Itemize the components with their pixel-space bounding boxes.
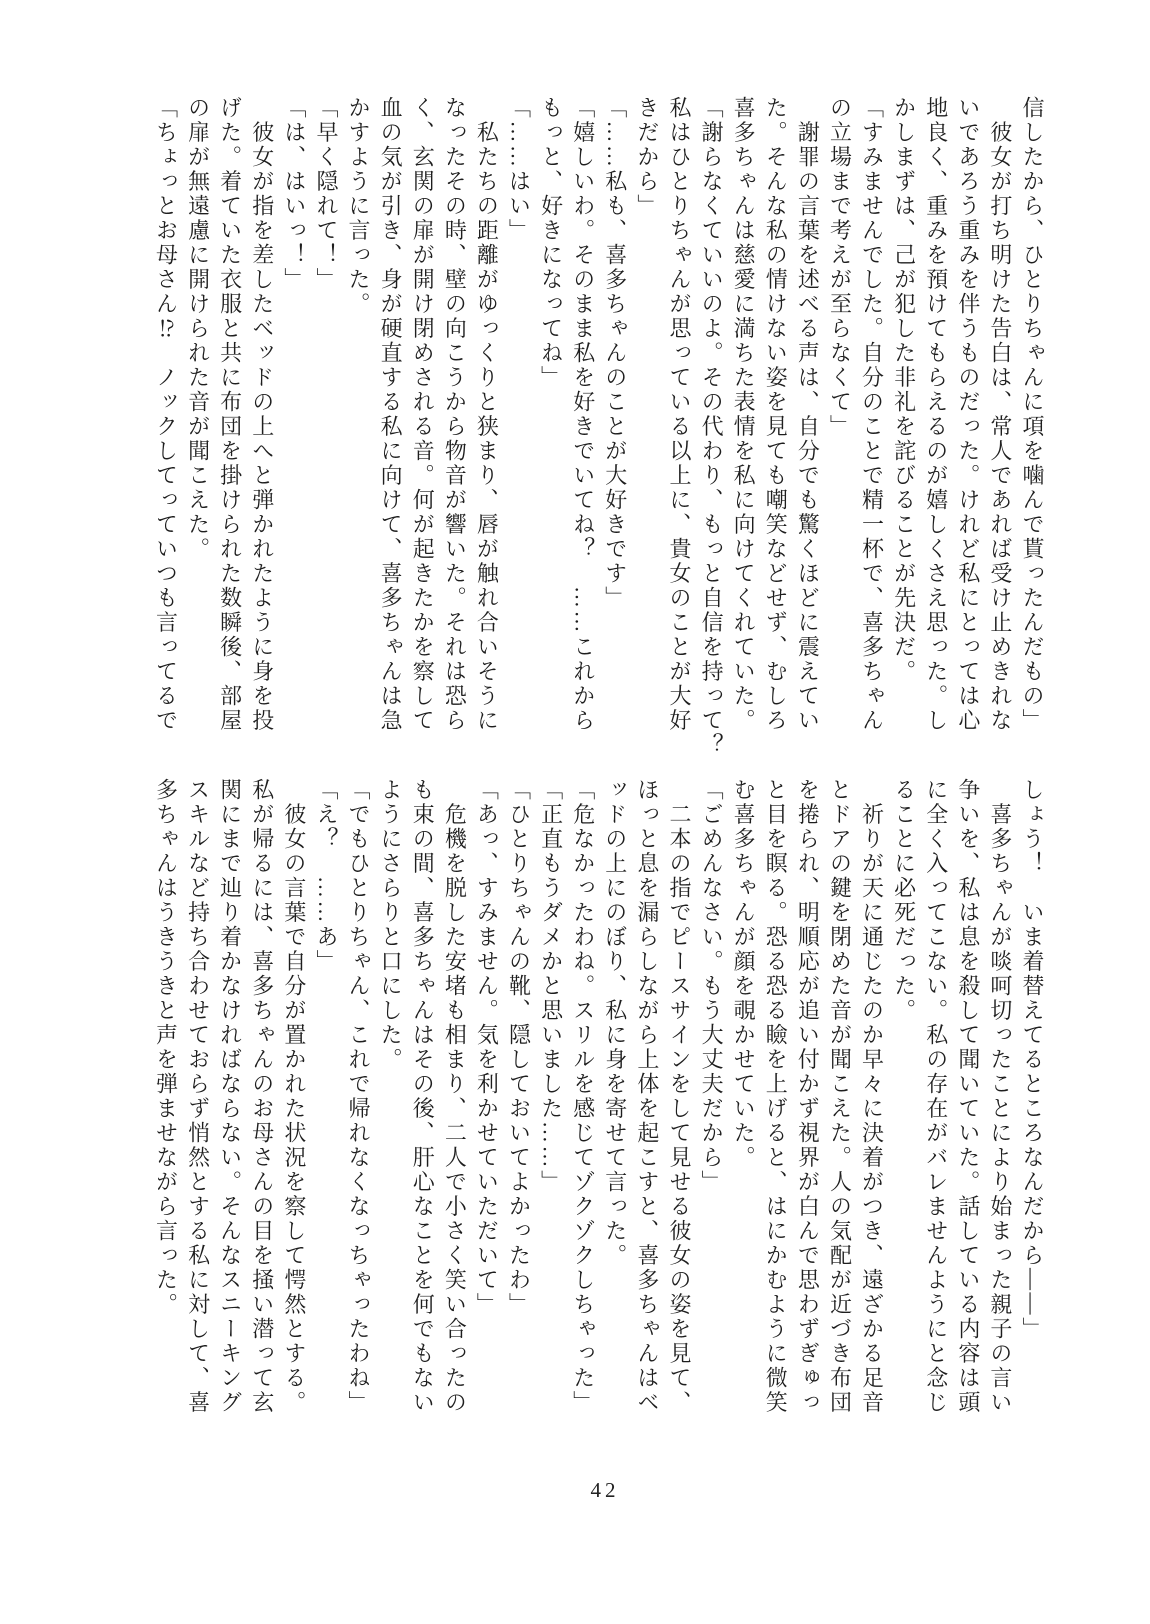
text-column: 血の気が引き、身が硬直する私に向けて、喜多ちゃんは急 [374,96,406,741]
text-column: きだから」 [631,96,663,741]
text-column: く、玄関の扉が開け閉めされる音。何が起きたかを察して [406,96,438,741]
text-column: 喜多ちゃんが啖呵切ったことにより始まった親子の言い [984,778,1016,1423]
text-column: 「え？ ……あ」 [310,778,342,1423]
text-column: 「危なかったわね。スリルを感じてゾクゾクしちゃった」 [567,778,599,1423]
text-column: 彼女が打ち明けた告白は、常人であれば受け止めきれな [984,96,1016,741]
text-column: た。そんな私の情けない姿を見ても嘲笑などせず、むしろ [759,96,791,741]
text-column: 多ちゃんはうきうきと声を弾ませながら言った。 [149,778,181,1423]
text-column: む喜多ちゃんが顔を覗かせていた。 [727,778,759,1423]
text-column: 私たちの距離がゆっくりと狭まり、唇が触れ合いそうに [470,96,502,741]
text-column: スキルなど持ち合わせておらず悄然とする私に対して、喜 [181,778,213,1423]
text-column: 「あっ、すみません。気を利かせていただいて」 [470,778,502,1423]
text-column: かしまずは、己が犯した非礼を詫びることが先決だ。 [888,96,920,741]
text-column: 喜多ちゃんは慈愛に満ちた表情を私に向けてくれていた。 [727,96,759,741]
text-column: 「……私も、喜多ちゃんのことが大好きです」 [599,96,631,741]
text-column: 「は、はいっ！」 [278,96,310,741]
text-block-bottom: しょう！ いま着替えてるところなんだから――」 喜多ちゃんが啖呵切ったことにより… [148,778,1048,1426]
text-column: 祈りが天に通じたのか早々に決着がつき、遠ざかる足音 [855,778,887,1423]
text-column: を捲られ、明順応が追い付かず視界が白んで思わずぎゅっ [791,778,823,1423]
text-column: 二本の指でピースサインをして見せる彼女の姿を見て、 [663,778,695,1423]
text-column: 「正直もうダメかと思いました……」 [535,778,567,1423]
text-column: なったその時、壁の向こうから物音が響いた。それは恐ら [438,96,470,741]
text-column: げた。着ていた衣服と共に布団を掛けられた数瞬後、部屋 [214,96,246,741]
text-column: の立場まで考えが至らなくて」 [823,96,855,741]
text-column: 「謝らなくていいのよ。その代わり、もっと自信を持って？ [695,96,727,741]
text-column: 地良く、重みを預けてもらえるのが嬉しくさえ思った。し [920,96,952,741]
text-block-top: 信したから、ひとりちゃんに項を噛んで貰ったんだもの」 彼女が打ち明けた告白は、常… [148,96,1048,744]
text-column: ることに必死だった。 [888,778,920,1423]
text-column: に全く入ってこない。私の存在がバレませんようにと念じ [920,778,952,1423]
text-column: 彼女の言葉で自分が置かれた状況を察して愕然とする。 [278,778,310,1423]
text-column: しょう！ いま着替えてるところなんだから――」 [1016,778,1048,1423]
text-column: かすように言った。 [342,96,374,741]
text-column: 「ちょっとお母さん⁉ ノックしてっていつも言ってるで [149,96,181,741]
text-column: 信したから、ひとりちゃんに項を噛んで貰ったんだもの」 [1016,96,1048,741]
text-column: 私はひとりちゃんが思っている以上に、貴女のことが大好 [663,96,695,741]
text-column: 危機を脱した安堵も相まり、二人で小さく笑い合ったの [438,778,470,1423]
text-column: の扉が無遠慮に開けられた音が聞こえた。 [181,96,213,741]
text-column: 「ひとりちゃんの靴、隠しておいてよかったわ」 [502,778,534,1423]
text-column: と目を瞑る。恐る恐る瞼を上げると、はにかむように微笑 [759,778,791,1423]
text-column: ほっと息を漏らしながら上体を起こすと、喜多ちゃんはベ [631,778,663,1423]
text-column: も束の間、喜多ちゃんはその後、肝心なことを何でもない [406,778,438,1423]
text-column: いであろう重みを伴うものだった。けれど私にとっては心 [952,96,984,741]
text-column: 「……はい」 [502,96,534,741]
text-column: ようにさらりと口にした。 [374,778,406,1423]
text-column: 「でもひとりちゃん、これで帰れなくなっちゃったわね」 [342,778,374,1423]
page-number: 42 [0,1478,1150,1503]
text-column: 私が帰るには、喜多ちゃんのお母さんの目を掻い潜って玄 [246,778,278,1423]
text-column: 謝罪の言葉を述べる声は、自分でも驚くほどに震えてい [791,96,823,741]
text-column: 「嬉しいわ。そのまま私を好きでいてね？ ……これから [567,96,599,741]
text-column: 争いを、私は息を殺して聞いていた。話している内容は頭 [952,778,984,1423]
text-column: もっと、好きになってね」 [535,96,567,741]
text-column: 「すみませんでした。自分のことで精一杯で、喜多ちゃん [855,96,887,741]
text-column: 「早く隠れて！」 [310,96,342,741]
text-column: 「ごめんなさい。もう大丈夫だから」 [695,778,727,1423]
text-column: 彼女が指を差したベッドの上へと弾かれたように身を投 [246,96,278,741]
text-column: 関にまで辿り着かなければならない。そんなスニーキング [214,778,246,1423]
text-column: とドアの鍵を閉めた音が聞こえた。人の気配が近づき布団 [823,778,855,1423]
text-column: ッドの上にのぼり、私に身を寄せて言った。 [599,778,631,1423]
